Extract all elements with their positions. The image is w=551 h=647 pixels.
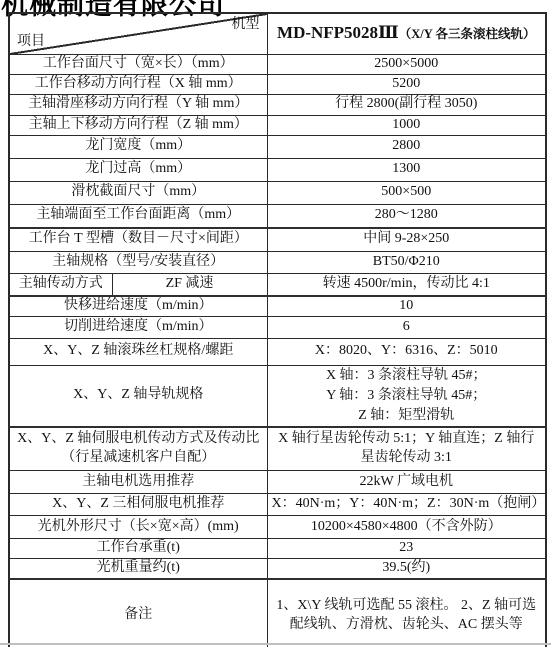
table-row: 龙门过高（mm） 1300 <box>9 158 546 181</box>
spec-label: 主轴规格（型号/安装直径） <box>9 251 267 273</box>
spec-label-line: X、Y、Z 轴伺服电机传动方式及传动比 <box>14 430 263 449</box>
spec-table: 机型 项目 MD-NFP5028Ⅲ（X/Y 各三条滚柱线轨） 工作台面尺寸（宽×… <box>8 12 547 647</box>
table-row: X、Y、Z 三相伺服电机推荐 X：40N·m；Y：40N·m；Z：30N·m（抱… <box>9 494 546 516</box>
table-row: 工作台移动方向行程（X 轴 mm） 5200 <box>9 74 546 94</box>
spec-value-line: X 轴：3 条滚柱导轨 45#； <box>272 366 542 386</box>
table-row-servo-drive: X、Y、Z 轴伺服电机传动方式及传动比 （行星减速机客户自配） X 轴行星齿轮传… <box>9 427 546 471</box>
spec-value-line: Y 轴：3 条滚柱导轨 45#； <box>272 386 542 406</box>
spec-value: 1300 <box>267 158 546 181</box>
table-row: 快移进给速度（m/min） 10 <box>9 296 546 316</box>
table-row: 主轴上下移动方向行程（Z 轴 mm） 1000 <box>9 115 546 135</box>
header-model-cell: MD-NFP5028Ⅲ（X/Y 各三条滚柱线轨） <box>267 13 546 54</box>
table-header-row: 机型 项目 MD-NFP5028Ⅲ（X/Y 各三条滚柱线轨） <box>9 13 546 54</box>
spec-label: 主轴滑座移动方向行程（Y 轴 mm） <box>9 94 267 115</box>
spec-label: 工作台 T 型槽（数目－尺寸×间距） <box>9 228 267 251</box>
table-row: 切削进给速度（m/min） 6 <box>9 316 546 338</box>
spec-value: 280～1280 <box>267 204 546 228</box>
spec-value: 2800 <box>267 135 546 158</box>
table-row-spindle-drive: 主轴传动方式 ZF 减速 转速 4500r/min，传动比 4:1 <box>9 273 546 296</box>
spec-label: 光机外形尺寸（长×宽×高）(mm) <box>9 516 267 539</box>
spec-label: 切削进给速度（m/min） <box>9 316 267 338</box>
model-name: MD-NFP5028Ⅲ <box>277 23 399 42</box>
spec-value: 1000 <box>267 115 546 135</box>
spec-value: 39.5(约) <box>267 559 546 579</box>
spec-sheet-page: { "page": { "clipped_heading": "机械制造有限公司… <box>0 0 551 647</box>
spec-label: 工作台面尺寸（宽×长）（mm） <box>9 54 267 74</box>
table-row: X、Y、Z 轴滚珠丝杠规格/螺距 X：8020、Y：6316、Z：5010 <box>9 338 546 365</box>
spec-value: 6 <box>267 316 546 338</box>
table-row: 工作台 T 型槽（数目－尺寸×间距） 中间 9-28×250 <box>9 228 546 251</box>
spec-label: 龙门过高（mm） <box>9 158 267 181</box>
table-row: 光机重量约(t) 39.5(约) <box>9 559 546 579</box>
model-suffix: （X/Y 各三条滚柱线轨） <box>399 27 536 41</box>
spec-label: X、Y、Z 轴伺服电机传动方式及传动比 （行星减速机客户自配） <box>9 427 267 471</box>
header-item-axis-label: 项目 <box>17 33 45 52</box>
table-row-guideways: X、Y、Z 轴导轨规格 X 轴：3 条滚柱导轨 45#； Y 轴：3 条滚柱导轨… <box>9 365 546 427</box>
spec-label: 主轴传动方式 <box>9 273 112 296</box>
table-row: 龙门宽度（mm） 2800 <box>9 135 546 158</box>
spec-value: X 轴：3 条滚柱导轨 45#； Y 轴：3 条滚柱导轨 45#； Z 轴：矩型… <box>267 365 546 427</box>
spec-label: 主轴电机选用推荐 <box>9 471 267 494</box>
table-row: 光机外形尺寸（长×宽×高）(mm) 10200×4580×4800（不含外防） <box>9 516 546 539</box>
spec-value-line: Z 轴：矩型滑轨 <box>272 406 542 426</box>
spec-label: 工作台移动方向行程（X 轴 mm） <box>9 74 267 94</box>
spec-label: 主轴端面至工作台面距离（mm） <box>9 204 267 228</box>
spec-value: 5200 <box>267 74 546 94</box>
spec-value: X 轴行星齿轮传动 5:1；Y 轴直连；Z 轴行星齿轮传动 3:1 <box>267 427 546 471</box>
spec-label: 滑枕截面尺寸（mm） <box>9 181 267 204</box>
table-row: 主轴规格（型号/安装直径） BT50/Φ210 <box>9 251 546 273</box>
table-row: 主轴端面至工作台面距离（mm） 280～1280 <box>9 204 546 228</box>
spec-value: 转速 4500r/min，传动比 4:1 <box>267 273 546 296</box>
table-row-remarks: 备注 1、X\Y 线轨可选配 55 滚柱。 2、Z 轴可选配线轨、方滑枕、齿轮头… <box>9 579 546 647</box>
page-edge-line <box>0 643 551 645</box>
header-model-axis-label: 机型 <box>232 16 260 35</box>
header-corner-cell: 机型 项目 <box>9 13 267 54</box>
table-row: 主轴电机选用推荐 22kW 广域电机 <box>9 471 546 494</box>
spec-label: X、Y、Z 三相伺服电机推荐 <box>9 494 267 516</box>
spec-value: 22kW 广域电机 <box>267 471 546 494</box>
spec-label: 快移进给速度（m/min） <box>9 296 267 316</box>
spec-value: X：8020、Y：6316、Z：5010 <box>267 338 546 365</box>
spec-value: 中间 9-28×250 <box>267 228 546 251</box>
spec-label-line: （行星减速机客户自配） <box>14 449 263 468</box>
spec-value: 1、X\Y 线轨可选配 55 滚柱。 2、Z 轴可选配线轨、方滑枕、齿轮头、AC… <box>267 579 546 647</box>
spec-value: 行程 2800(副行程 3050) <box>267 94 546 115</box>
table-row: 滑枕截面尺寸（mm） 500×500 <box>9 181 546 204</box>
spec-sublabel: ZF 减速 <box>112 273 267 296</box>
spec-label: 主轴上下移动方向行程（Z 轴 mm） <box>9 115 267 135</box>
spec-value: 10200×4580×4800（不含外防） <box>267 516 546 539</box>
spec-value: 10 <box>267 296 546 316</box>
spec-value: 23 <box>267 539 546 559</box>
spec-label: 龙门宽度（mm） <box>9 135 267 158</box>
spec-label: 光机重量约(t) <box>9 559 267 579</box>
spec-value: 500×500 <box>267 181 546 204</box>
spec-label: 备注 <box>9 579 267 647</box>
spec-label: X、Y、Z 轴滚珠丝杠规格/螺距 <box>9 338 267 365</box>
table-row: 主轴滑座移动方向行程（Y 轴 mm） 行程 2800(副行程 3050) <box>9 94 546 115</box>
spec-label: X、Y、Z 轴导轨规格 <box>9 365 267 427</box>
spec-value: 2500×5000 <box>267 54 546 74</box>
table-row: 工作台面尺寸（宽×长）（mm） 2500×5000 <box>9 54 546 74</box>
spec-label: 工作台承重(t) <box>9 539 267 559</box>
spec-value: X：40N·m；Y：40N·m；Z：30N·m（抱闸） <box>267 494 546 516</box>
spec-value: BT50/Φ210 <box>267 251 546 273</box>
table-row: 工作台承重(t) 23 <box>9 539 546 559</box>
